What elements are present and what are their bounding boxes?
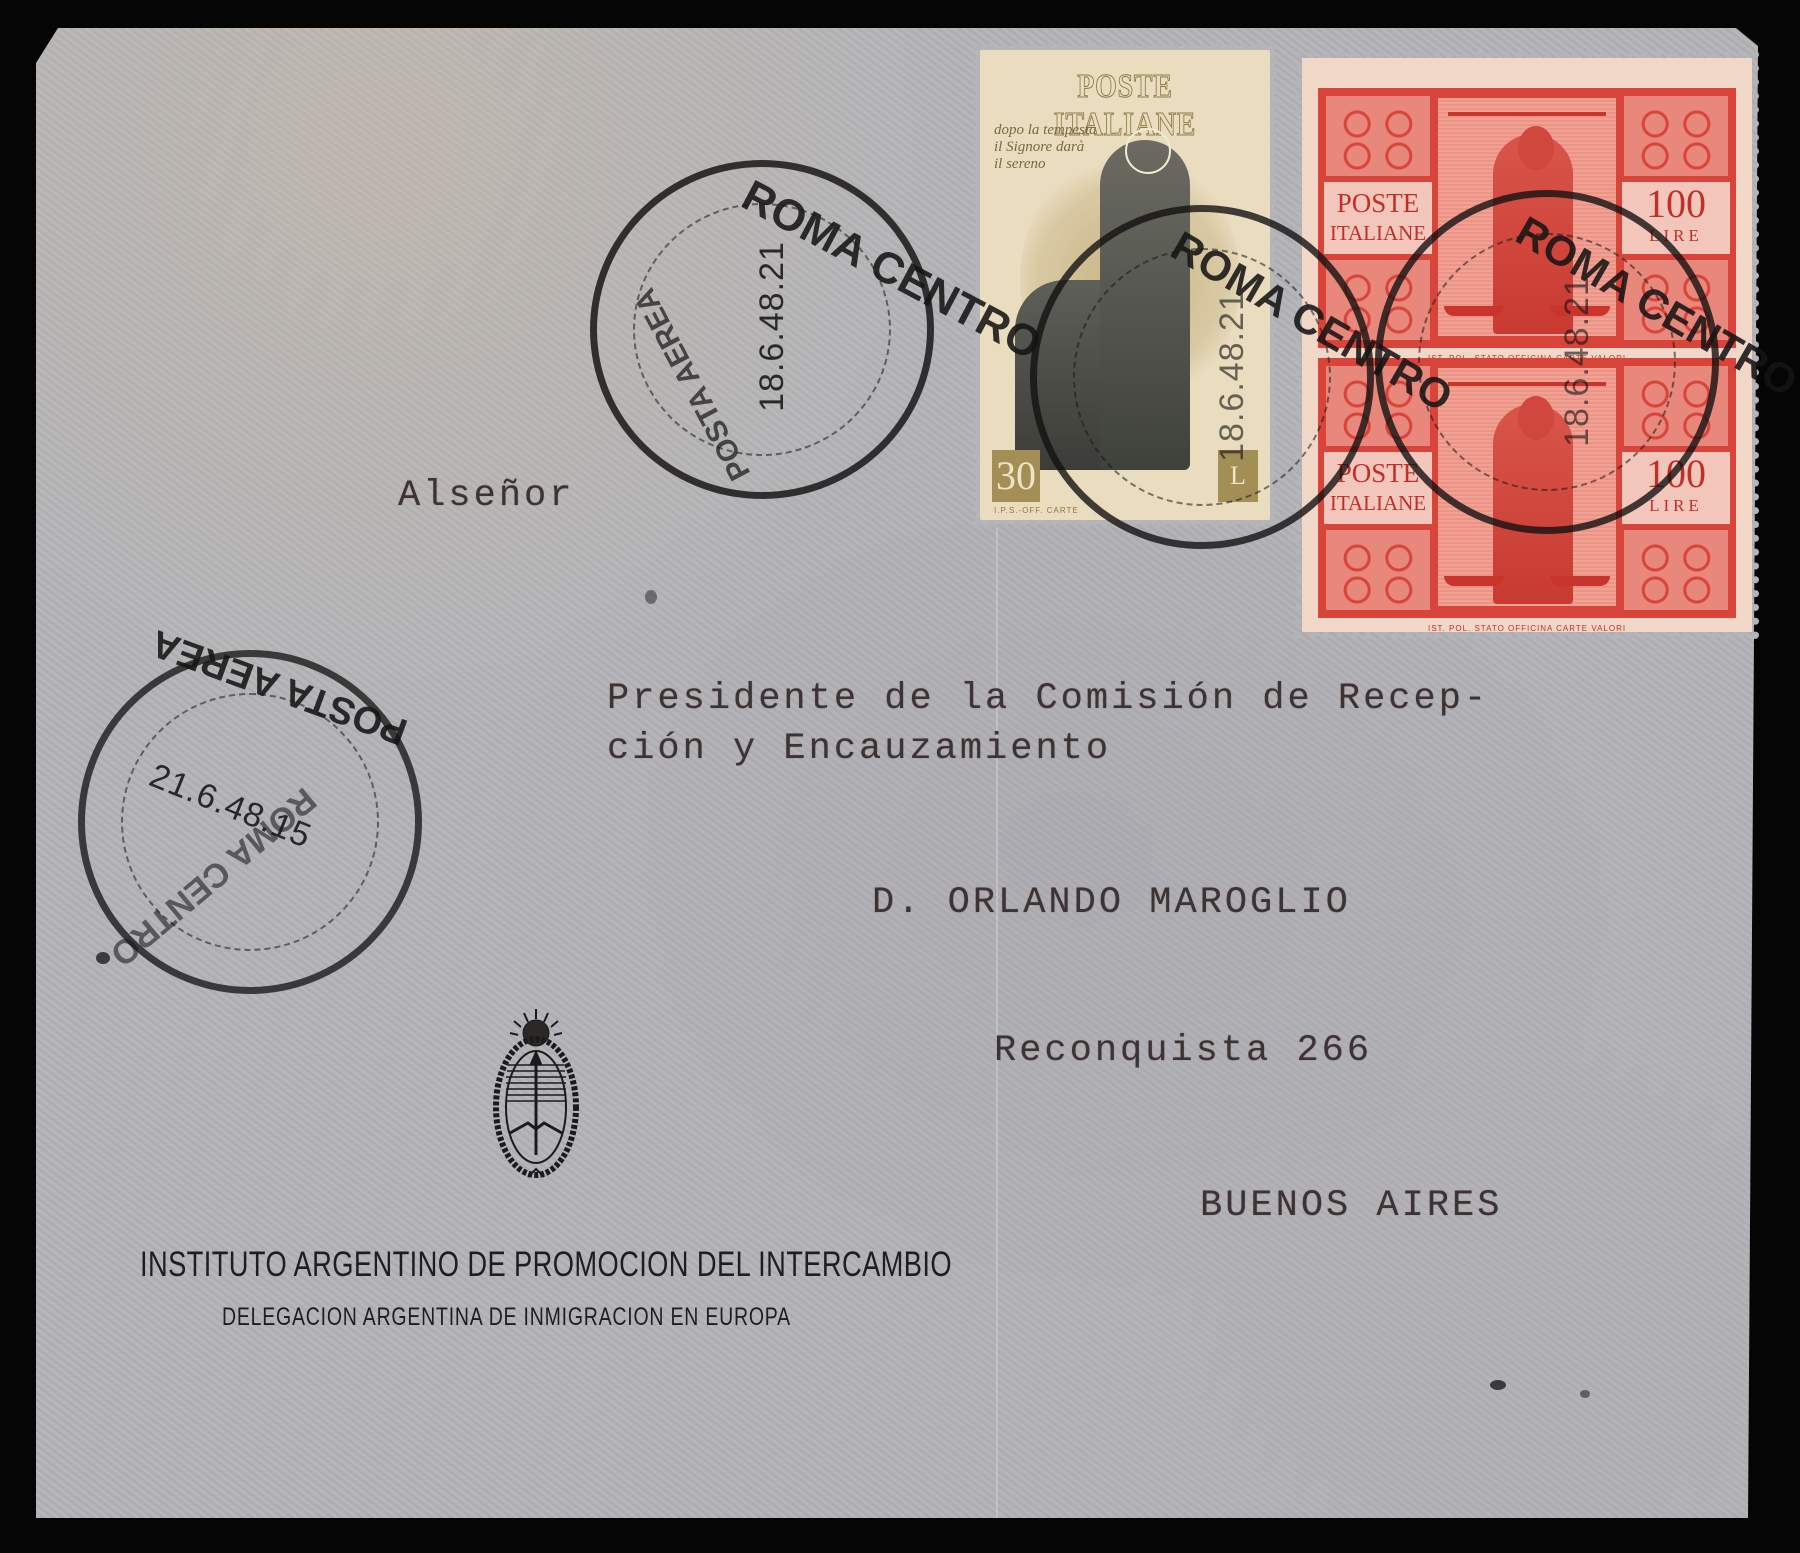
ornament bbox=[1326, 530, 1430, 610]
address-street: Reconquista 266 bbox=[994, 1030, 1372, 1072]
postmark: ROMA CENTRO 18.6.48.21 bbox=[1030, 205, 1374, 549]
ornament bbox=[1624, 530, 1728, 610]
ink-spot bbox=[1490, 1380, 1506, 1390]
postmark: ROMA CENTRO 18.6.48.21 bbox=[1375, 190, 1719, 534]
letterhead-title: INSTITUTO ARGENTINO DE PROMOCION DEL INT… bbox=[140, 1245, 1181, 1285]
ink-spot bbox=[1580, 1390, 1590, 1398]
address-city: BUENOS AIRES bbox=[1200, 1185, 1502, 1227]
scale-pan bbox=[1444, 576, 1504, 586]
paper-fold bbox=[996, 528, 998, 1518]
address-salutation: Alseñor bbox=[398, 475, 574, 517]
postmark-date: 18.6.48.21 bbox=[753, 241, 792, 412]
halo bbox=[1125, 128, 1171, 174]
postmark-date: 18.6.48.21 bbox=[1213, 291, 1252, 462]
postmark: ROMA CENTRO POSTA AEREA 18.6.48.21 bbox=[590, 160, 934, 499]
stamp-value: 30 bbox=[992, 450, 1040, 502]
letterhead-subtitle: DELEGACION ARGENTINA DE INMIGRACION EN E… bbox=[222, 1303, 951, 1332]
ink-spot bbox=[96, 952, 110, 964]
stamp-motto: dopo la tempesta il Signore darà il sere… bbox=[994, 122, 1097, 173]
stamp-imprint: I.P.S.-OFF. CARTE bbox=[994, 506, 1079, 515]
stamp-country: POSTE ITALIANE bbox=[1324, 182, 1432, 254]
scale-pan bbox=[1550, 576, 1610, 586]
stamp-imprint: IST. POL. STATO OFFICINA CARTE VALORI bbox=[1428, 624, 1626, 633]
ink-spot bbox=[645, 590, 657, 604]
figure-head bbox=[1518, 126, 1554, 170]
ornament bbox=[1624, 96, 1728, 176]
address-name: D. ORLANDO MAROGLIO bbox=[872, 882, 1351, 924]
address-line-2: ción y Encauzamiento bbox=[607, 728, 1111, 770]
argentine-coat-of-arms-icon bbox=[488, 1005, 584, 1185]
postmark-date: 18.6.48.21 bbox=[1558, 276, 1597, 447]
postmark: POSTA AEREA ROMA CENTRO 21.6.48.15 bbox=[78, 650, 422, 994]
scale-beam bbox=[1448, 112, 1606, 116]
address-line-1: Presidente de la Comisión de Recep- bbox=[607, 678, 1489, 720]
ornament bbox=[1326, 96, 1430, 176]
